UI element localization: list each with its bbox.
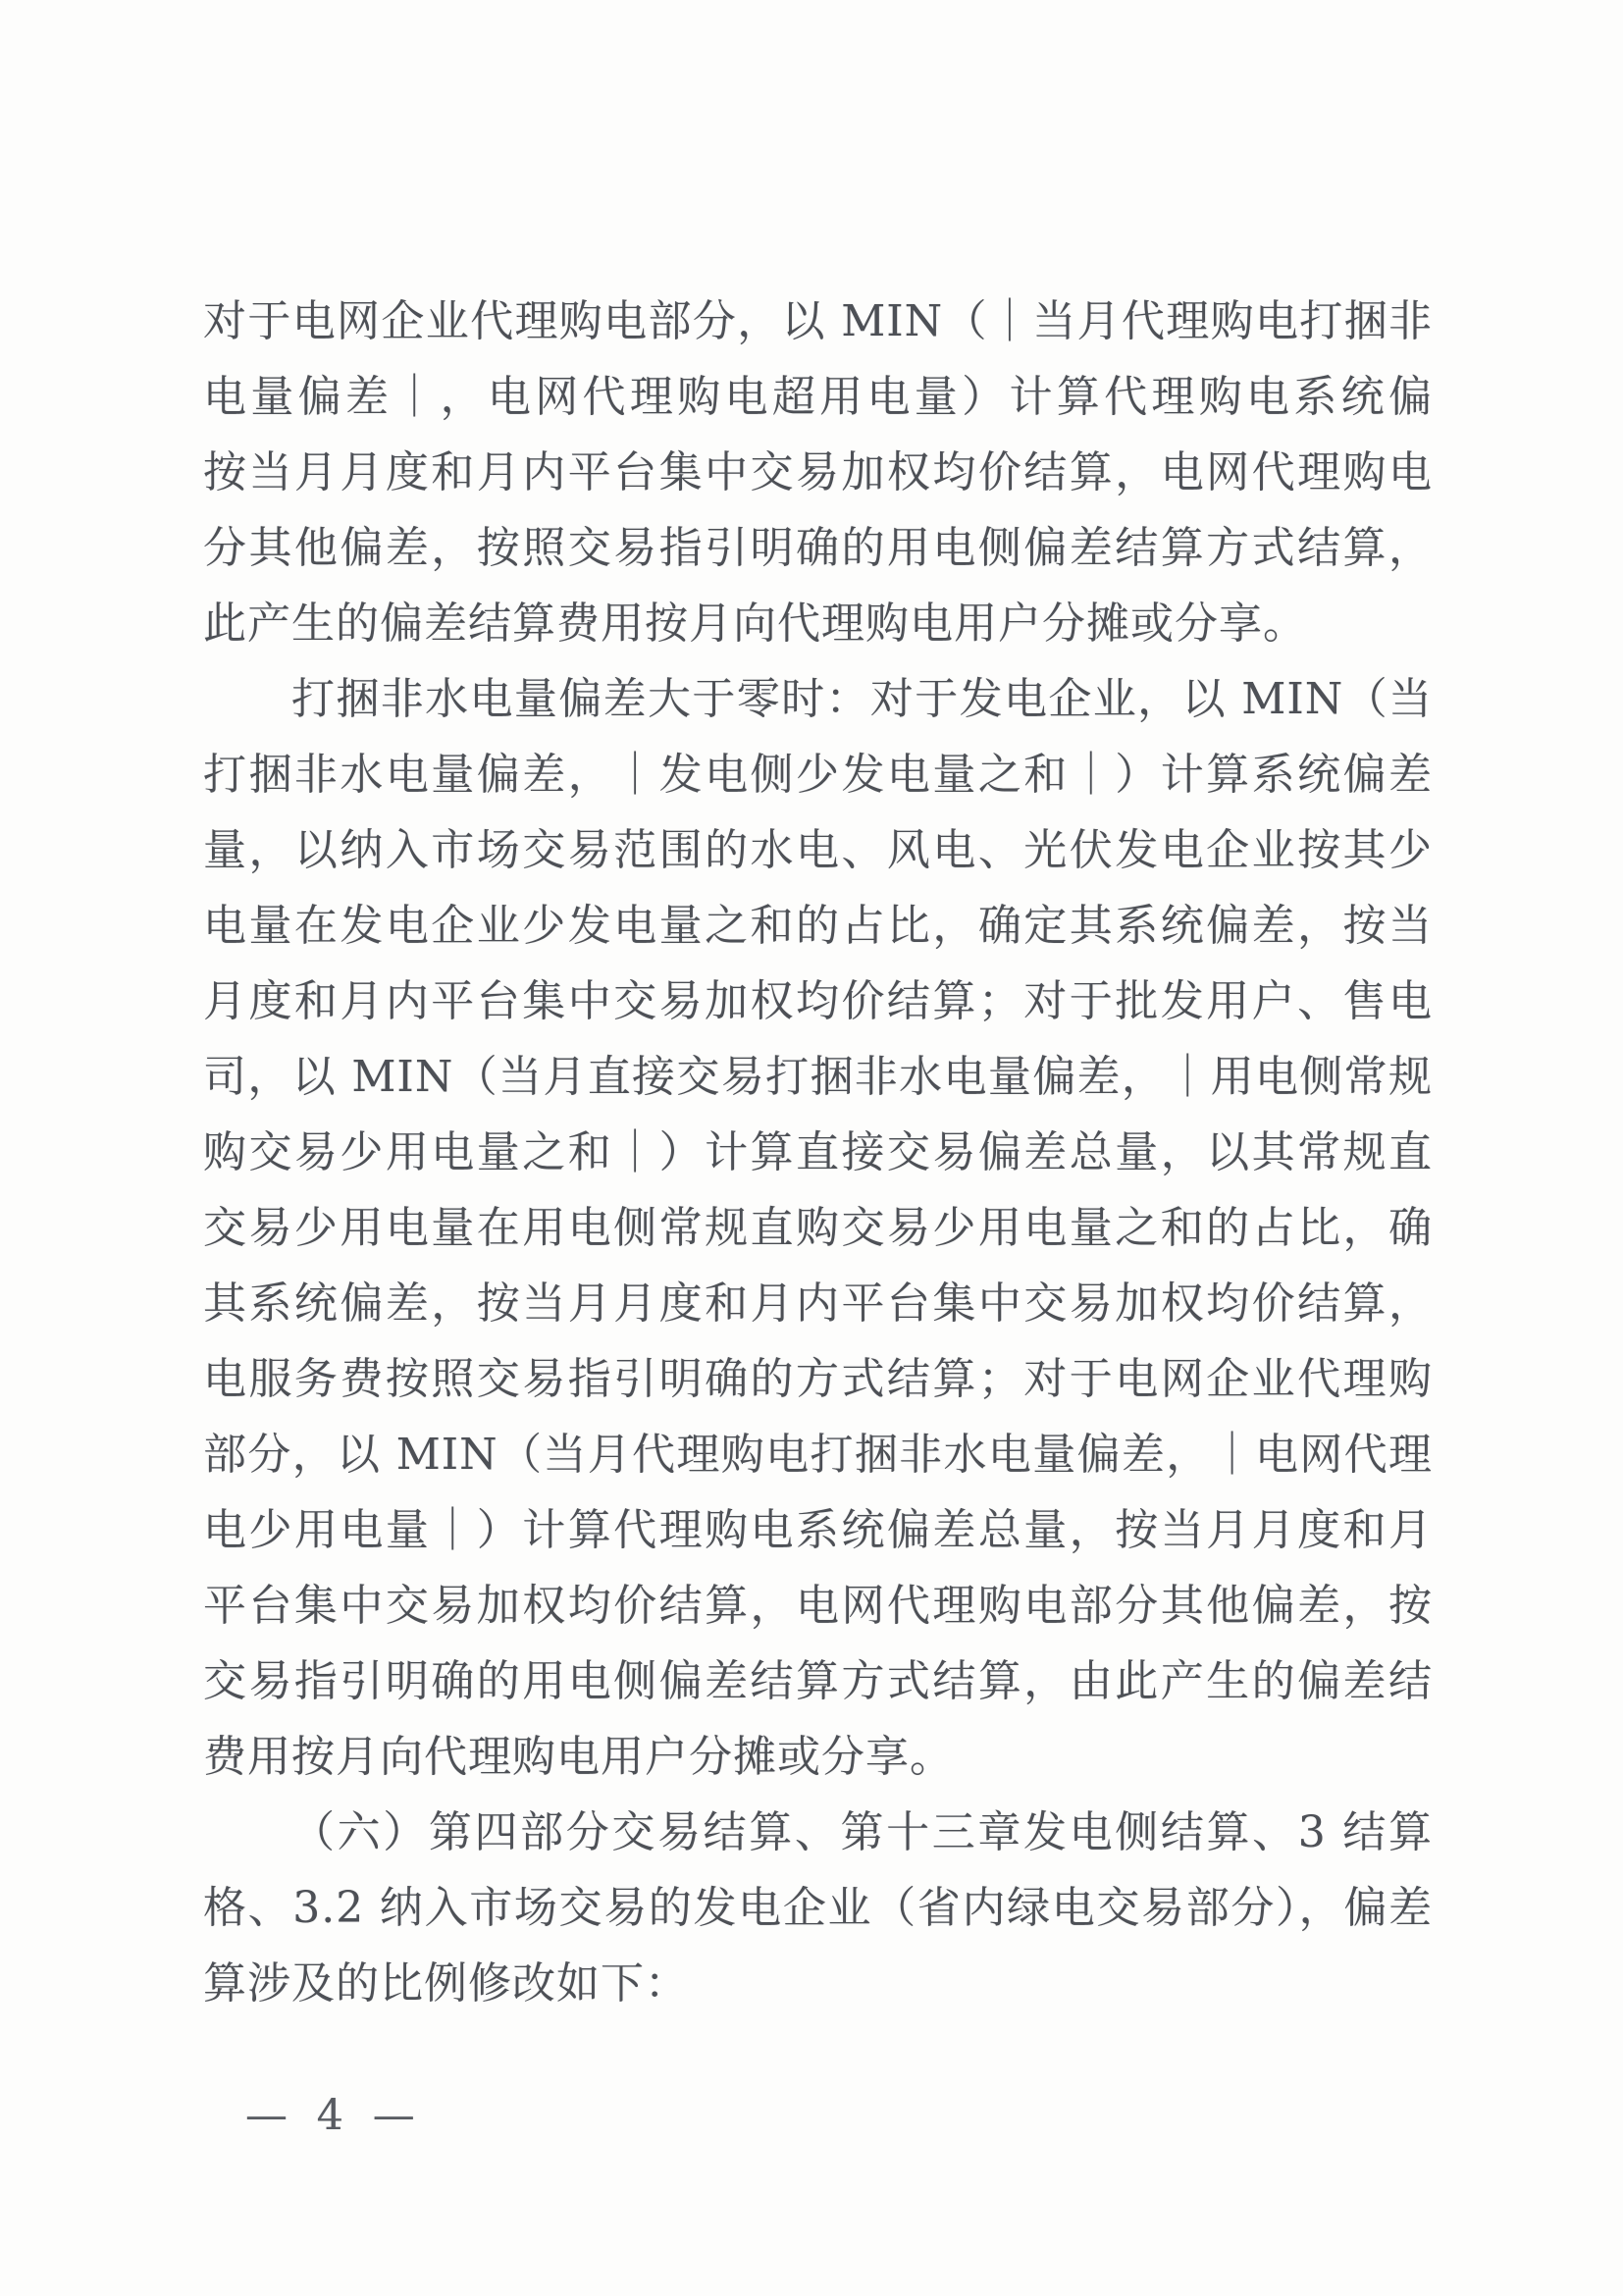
body-line: 打捆非水电量偏差大于零时：对于发电企业，以 MIN（当月 bbox=[203, 661, 1433, 737]
page-number: — 4 — bbox=[245, 2091, 423, 2140]
body-line: 交易少用电量在用电侧常规直购交易少用电量之和的占比，确定 bbox=[203, 1190, 1433, 1266]
body-line: 平台集中交易加权均价结算，电网代理购电部分其他偏差，按照 bbox=[203, 1568, 1433, 1644]
document-body: 对于电网企业代理购电部分，以 MIN（｜当月代理购电打捆非水 电量偏差｜，电网代… bbox=[203, 284, 1433, 2021]
body-line: 月度和月内平台集中交易加权均价结算；对于批发用户、售电公 bbox=[203, 964, 1433, 1039]
body-line: 量，以纳入市场交易范围的水电、风电、光伏发电企业按其少发 bbox=[203, 812, 1433, 888]
body-line: 格、3.2 纳入市场交易的发电企业（省内绿电交易部分），偏差结 bbox=[203, 1870, 1433, 1946]
body-line: 费用按月向代理购电用户分摊或分享。 bbox=[203, 1719, 1433, 1795]
body-line: 此产生的偏差结算费用按月向代理购电用户分摊或分享。 bbox=[203, 586, 1433, 661]
body-line: 购交易少用电量之和｜）计算直接交易偏差总量，以其常规直购 bbox=[203, 1115, 1433, 1190]
body-line: 按当月月度和月内平台集中交易加权均价结算，电网代理购电部 bbox=[203, 435, 1433, 510]
document-page: 对于电网企业代理购电部分，以 MIN（｜当月代理购电打捆非水 电量偏差｜，电网代… bbox=[0, 0, 1623, 2296]
body-line: 司，以 MIN（当月直接交易打捆非水电量偏差，｜用电侧常规直 bbox=[203, 1039, 1433, 1115]
body-line: 对于电网企业代理购电部分，以 MIN（｜当月代理购电打捆非水 bbox=[203, 284, 1433, 359]
page-footer: — 4 — bbox=[245, 2086, 423, 2145]
body-line: 算涉及的比例修改如下： bbox=[203, 1946, 1433, 2021]
body-line: 其系统偏差，按当月月度和月内平台集中交易加权均价结算，售 bbox=[203, 1266, 1433, 1341]
body-line: （六）第四部分交易结算、第十三章发电侧结算、3 结算价 bbox=[203, 1795, 1433, 1870]
body-line: 电量偏差｜，电网代理购电超用电量）计算代理购电系统偏差， bbox=[203, 359, 1433, 435]
body-line: 电少用电量｜）计算代理购电系统偏差总量，按当月月度和月内 bbox=[203, 1492, 1433, 1568]
body-line: 交易指引明确的用电侧偏差结算方式结算，由此产生的偏差结算 bbox=[203, 1644, 1433, 1719]
body-line: 电服务费按照交易指引明确的方式结算；对于电网企业代理购电 bbox=[203, 1341, 1433, 1417]
body-line: 分其他偏差，按照交易指引明确的用电侧偏差结算方式结算，由 bbox=[203, 510, 1433, 586]
body-line: 打捆非水电量偏差，｜发电侧少发电量之和｜）计算系统偏差总 bbox=[203, 737, 1433, 812]
body-line: 部分，以 MIN（当月代理购电打捆非水电量偏差，｜电网代理购 bbox=[203, 1417, 1433, 1492]
body-line: 电量在发电企业少发电量之和的占比，确定其系统偏差，按当月 bbox=[203, 888, 1433, 964]
